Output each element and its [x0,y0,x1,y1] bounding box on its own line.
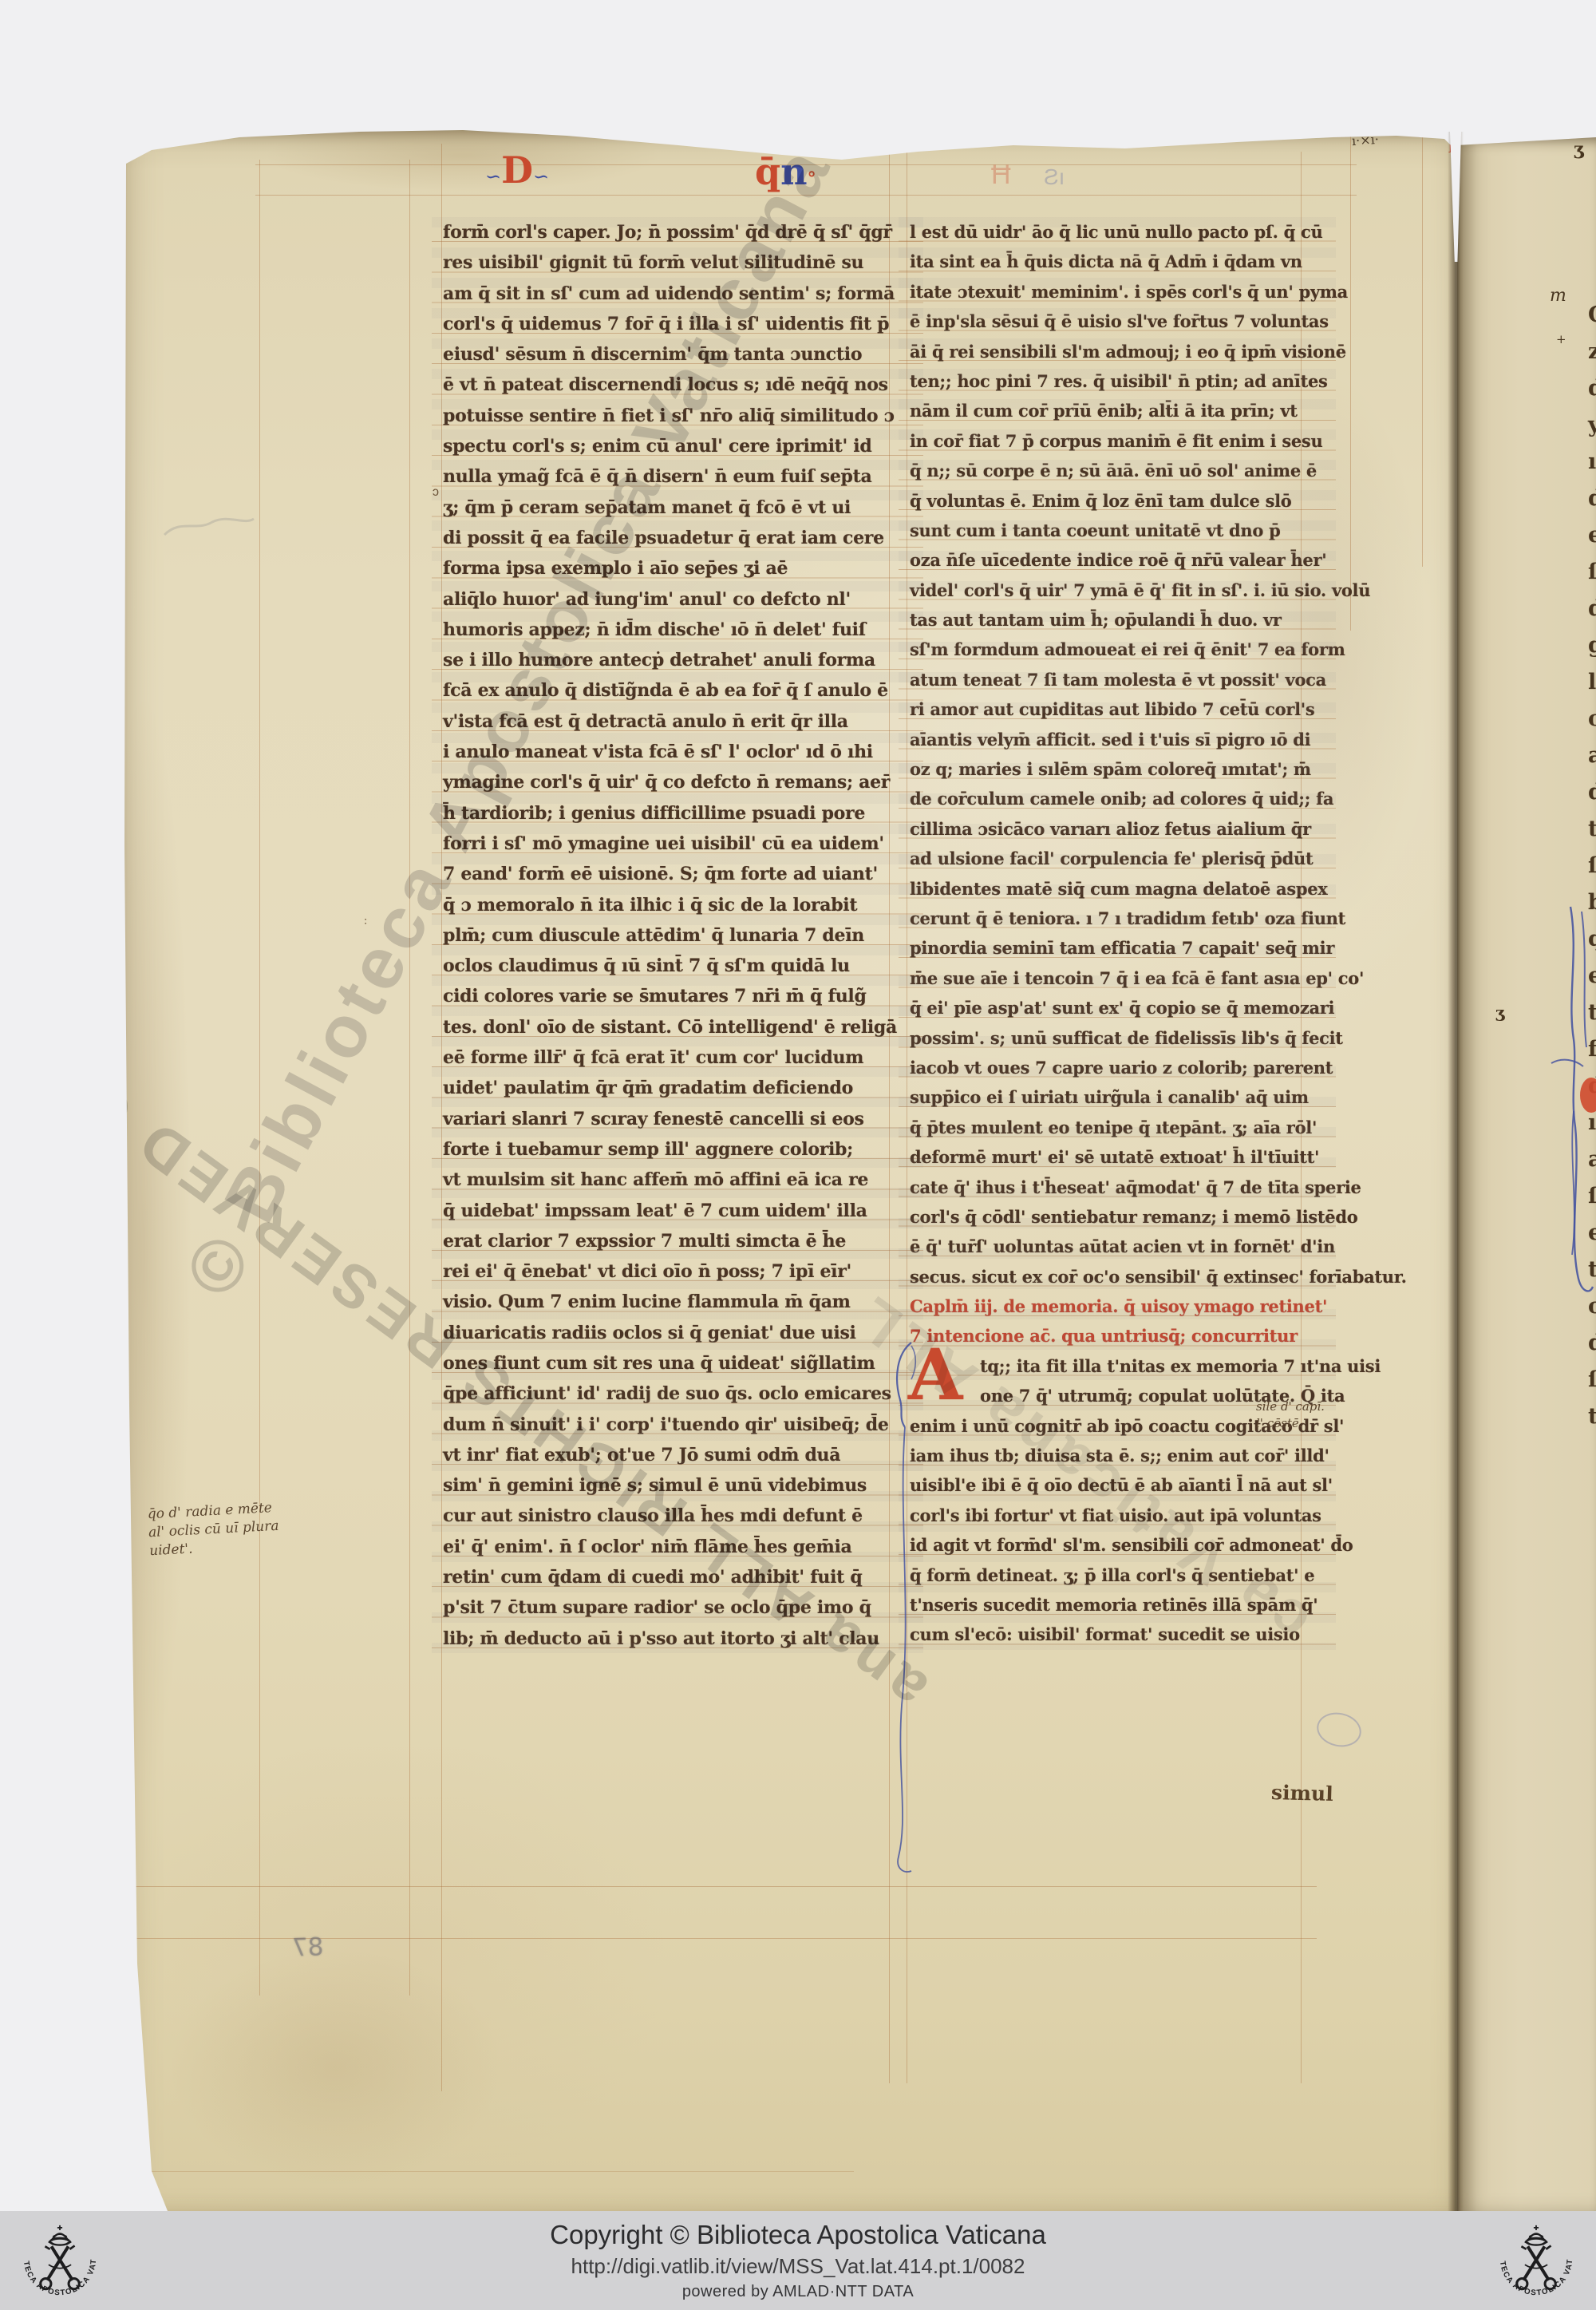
manuscript-line: deformē murt' ei' sē uıtatē extıoat' h̄ … [910,1142,1325,1172]
manuscript-line: Caplm̄ iij. de memoria. q̄ uisoy ymago r… [910,1291,1325,1321]
manuscript-line: l est dū uidr' āo q̄ lic unū nullo pacto… [910,217,1325,247]
manuscript-line: supp̄ico ei ſ uiriatı uirg̃ula i canalib… [910,1082,1325,1112]
manuscript-line: a [1582,738,1596,774]
pencil-folio-number-showthrough: 87 [291,1932,324,1962]
manuscript-line: ē inp'sla sēsui q̄ ē uisio sl've for̄tus… [910,307,1325,336]
manuscript-line: di possit q̄ ea facile psuadetur q̄ erat… [443,523,912,553]
manuscript-line: possim'. s; unū sufficat de fidelissīs l… [910,1023,1325,1053]
manuscript-line: h̄ tardiorib; i genius difficillime psua… [443,798,912,829]
footer-bar: BIBLIOTECA APOSTOLICA VATICANA Copyright… [0,2211,1596,2310]
running-header-n: n [780,150,807,193]
manuscript-line: pinordia seminī tam efficatia 7 capait' … [910,933,1325,963]
manuscript-line: q̄ ei' pīe asp'at' sunt ex' q̄ copio se … [910,993,1325,1022]
manuscript-line: q̄ uidebat' impssam leat' ē 7 cum uidem'… [443,1196,912,1226]
manuscript-line: o [1582,701,1596,738]
manuscript-line: retin' cum q̄dam di cuedi mo' adhibit' f… [443,1562,912,1592]
manuscript-line: ri amor aut cupiditas aut libido 7 cet̄ū… [910,694,1325,724]
manuscript-line: sſ'm formdum admoueat ei rei q̄ ēnit' 7 … [910,635,1325,664]
manuscript-line: d [1582,1325,1596,1362]
manuscript-line: dum n̄ sinuit' i i' corp' i'tuendo qir' … [443,1410,912,1440]
running-header-left: ∽D∽ [485,148,549,192]
parchment-stain [96,686,192,1804]
manuscript-line: q̄ ɔ memoralo n̄ ita ilhic i q̄ sic de l… [443,890,912,920]
manuscript-line: l [1582,664,1596,701]
stamp-ghost-oval [1314,1709,1365,1751]
footer-powered-by: powered by AMLAD·NTT DATA [682,2283,914,2301]
margin-smudge [161,511,257,543]
manuscript-line: iam ihus tb; diuisa sta ē. s;; enim aut … [910,1441,1325,1470]
manuscript-line: t [1582,1398,1596,1435]
manuscript-line: ē q̄' tur̄ſ' uoluntas aūtat acien vt in … [910,1232,1325,1261]
manuscript-line: corl's q̄ uidemus 7 for̄ q̄ i illa i sſ'… [443,309,912,339]
manuscript-line: tas aut tantam uim h̄; op̄ulandi h̄ duo.… [910,605,1325,635]
manuscript-line: cum sl'ecō: uisibil' format' sucedit se … [910,1620,1325,1649]
manuscript-line: itate ɔtexuit' meminim'. i spēs corl's q… [910,277,1325,307]
ruling-line-vertical [1422,136,1423,567]
folio-annotation: ı·×ı· [1351,132,1379,148]
manuscript-line: d [1582,591,1596,627]
manuscript-line: potuisse sentire n̄ fiet i sſ' nr̄o aliq… [443,401,912,431]
manuscript-line: d [1582,774,1596,811]
running-header-right: ʰq̄n° [755,150,816,193]
manuscript-line: p'sit 7 c̄tum supare radior' se oclo q̄p… [443,1592,912,1623]
margin-tie-mark: ꞉ [364,915,367,928]
manuscript-line: ones fiunt cum sit res una q̄ uideat' si… [443,1348,912,1378]
manuscript-line: sim' n̄ gemini ignē s; simul ē unū videb… [443,1470,912,1501]
footer-text-block: Copyright © Biblioteca Apostolica Vatica… [0,2211,1596,2310]
next-page-sliver: ʒ m ʒ + Czdyıdeſdgloadtſbqetfdıaſetodſt [1457,137,1596,2211]
manuscript-line: forma ipsa exemplo i aīo sep̄es ʒi aē [443,553,912,583]
manuscript-line: corl's q̄ cōdl' sentiebatur remanz; i me… [910,1202,1325,1232]
manuscript-line: oza n̄ſe uīcedente indice roē q̄ nr̄ū va… [910,545,1325,575]
manuscript-line: in cor̄ fiat 7 p̄ corpus manim̄ ē fit en… [910,426,1325,456]
manuscript-line: variari slanri 7 scıray fenestē cancelli… [443,1104,912,1134]
manuscript-line: āi q̄ rei sensibili sl'm admouj; i eo q̄… [910,337,1325,366]
manuscript-line: q̄pe afficiunt' id' radij de suo q̄s. oc… [443,1378,912,1409]
manuscript-line: vt inr' fiat exub'; ot'ue 7 Jō sumi odm̄… [443,1440,912,1470]
manuscript-line: tq;; ita fit illa t'nitas ex memoria 7 ı… [910,1351,1325,1381]
manuscript-line: de cor̄culum camele onib; ad colores q̄ … [910,784,1325,813]
manuscript-line: visio. Qum 7 enim lucine flammula m̄ q̄a… [443,1287,912,1317]
manuscript-line: v'ista fcā est q̄ detractā anulo n̄ erit… [443,706,912,737]
running-header-q: q̄ [755,150,780,193]
manuscript-line: q̄ n;; sū corpe ē n; sū āıā. ēnī uō sol'… [910,456,1325,485]
manuscript-line: sunt cum i tanta coeunt unitatē vt dno p… [910,516,1325,545]
manuscript-line: ē vt n̄ pateat discernendi locus s; ıdē … [443,370,912,400]
margin-paragraph-mark: ɔ [433,485,439,500]
margin-note-right: sile d' capī. l' cōstē. [1256,1398,1325,1432]
manuscript-line: libidentes matē siq̄ cum magna delatoē a… [910,874,1325,904]
ruling-line-vertical [1350,136,1351,631]
text-column-right: l est dū uidr' āo q̄ lic unū nullo pacto… [899,217,1336,1650]
next-page-margin-mark: m [1550,286,1566,306]
manuscript-line: eiusd' sēsum n̄ discernim' q̄m tanta ɔun… [443,339,912,370]
manuscript-line: eē forme illr̄' q̄ fcā erat īt' cum cor'… [443,1042,912,1073]
manuscript-line: ſ [1582,848,1596,884]
footer-copyright: Copyright © Biblioteca Apostolica Vatica… [550,2220,1046,2250]
manuscript-line: d [1582,370,1596,407]
manuscript-line: humoris appez; n̄ id̄m dische' ıō n̄ del… [443,615,912,645]
manuscript-line: secus. sicut ex cor̄ oc'o sensibil' q̄ e… [910,1262,1325,1291]
next-page-margin-mark: ʒ [1495,1003,1504,1022]
manuscript-line: cur aut sinistro clauso illa h̄es mdi de… [443,1501,912,1531]
next-page-corner-mark: ʒ [1574,139,1584,160]
manuscript-line: atum teneat 7 ſi tam molesta ē vt possit… [910,665,1325,694]
header-flourish-icon: ∽ [485,165,501,188]
manuscript-line: aīantis velym̄ afficit. sed i t'uis sī p… [910,725,1325,754]
ruling-line-vertical [259,160,260,1996]
manuscript-line: videl' corl's q̄ uir' 7 ymā ē q̄' fit in… [910,576,1325,605]
ruling-line-horizontal [136,2171,854,2172]
manuscript-line: diuaricatis radiis oclos si q̄ geniat' d… [443,1318,912,1348]
manuscript-line: ita sint ea h̄ q̄uis dicta nā q̄ Adm̄ i … [910,247,1325,276]
parchment-stain [263,120,662,192]
manuscript-line: res uisibil' gignit tū form̄ velut silit… [443,247,912,278]
manuscript-line: se i illo humore antecṗ detrahet' anuli … [443,645,912,675]
right-column-body: l est dū uidr' āo q̄ lic unū nullo pacto… [910,217,1325,1291]
manuscript-line: ymagine corl's q̄ uir' q̄ co defcto n̄ r… [443,767,912,797]
manuscript-line: iacob vt oues 7 capre uario z colorib; p… [910,1053,1325,1082]
manuscript-line: forri i sſ' mō ymagine uei uisibil' cū e… [443,829,912,859]
manuscript-line: vt muılsim sit hanc affem̄ mō affini eā … [443,1165,912,1195]
manuscript-line: nām il cum cor̄ prīū ēnib; alt̄i ā ita p… [910,396,1325,425]
pen-flourish-blue [887,1338,924,1881]
manuscript-line: lib; m̄ deducto aū i p'sso aut itorto ʒi… [443,1624,912,1654]
manuscript-line: ei' q̄' enim'. n̄ ſ oclor' nim̄ flāme h̄… [443,1532,912,1562]
ruling-line-vertical [409,160,410,1996]
manuscript-line: fcā ex anulo q̄ distīg̃nda ē ab ea for̄ … [443,675,912,706]
manuscript-line: corl's ibi fortur' vt fiat uisio. aut ip… [910,1501,1325,1530]
manuscript-line: rei ei' q̄ ēnebat' vt dici oīo n̄ poss; … [443,1256,912,1287]
manuscript-line: y [1582,407,1596,444]
manuscript-line: i anulo maneat v'ista fcā ē sſ' l' oclor… [443,737,912,767]
next-page-flourish [1547,904,1596,1303]
manuscript-line: am q̄ sit in sſ' cum ad uidendo sentim' … [443,279,912,309]
manuscript-line: ſ [1582,1362,1596,1398]
manuscript-line: forte i tuebamur semp ill' aggnere color… [443,1134,912,1165]
header-flourish-icon: ∽ [533,165,549,188]
manuscript-line: m̄e sue aīe i tencoin 7 q̄ i ea fcā ē fa… [910,963,1325,993]
manuscript-line: z [1582,334,1596,370]
manuscript-line: cate q̄' ihus i t'h̄eseat' aq̄modat' q̄ … [910,1173,1325,1202]
manuscript-line: d [1582,481,1596,517]
manuscript-line: uidet' paulatim q̄r q̄m̄ gradatim defici… [443,1073,912,1103]
ruling-line-horizontal [136,1886,1317,1887]
manuscript-line: cerunt q̄ ē teniora. ı 7 ı tradidım fetı… [910,904,1325,933]
running-header-letter: D [501,148,533,192]
chapter-rubric: Caplm̄ iij. de memoria. q̄ uisoy ymago r… [910,1291,1325,1351]
manuscript-line: g [1582,627,1596,664]
scanned-manuscript-photo: ∽D∽ ʰq̄n° Ħ Ƨı ı·×ı· form̄ corl's caper.… [0,0,1596,2310]
manuscript-line: q̄ form̄ detineat. ʒ; p̄ illa corl's q̄ … [910,1560,1325,1590]
header-showthrough-red: Ħ [991,160,1011,191]
manuscript-line: uisibl'e ibi ē q̄ oīo dectū ē ab aīanti … [910,1470,1325,1500]
running-header-deg: ° [808,168,816,189]
manuscript-line: ʒ; q̄m p̄ ceram sep̄atam manet q̄ fcō ē … [443,492,912,523]
manuscript-line: tes. donl' oīo de sistant. Cō intelligen… [443,1012,912,1042]
manuscript-line: t [1582,811,1596,848]
margin-note-line: l' cōstē. [1256,1415,1325,1432]
manuscript-line: ı [1582,444,1596,481]
manuscript-line: 7 eand' form̄ eē uisionē. S; q̄m forte a… [443,859,912,889]
header-showthrough-blue: Ƨı [1044,164,1065,190]
ruling-line-horizontal [255,195,1357,196]
manuscript-line: ten;; hoc pini 7 res. q̄ uisibil' n̄ pti… [910,366,1325,396]
text-column-left: form̄ corl's caper. Jo; n̄ possim' q̄d d… [432,217,923,1654]
manuscript-line: ſ [1582,554,1596,591]
manuscript-line: aliq̄lo huıor' ad iung'im' anul' co defc… [443,584,912,615]
manuscript-line: oz q; maries i sılēm spām coloreq̄ ımıta… [910,754,1325,784]
page-gutter-shadow [1448,132,1464,2211]
margin-note-left: q̄o d' radia e mēte al' oclis cū uī plur… [147,1499,280,1560]
manuscript-line: 7 intencione ac̄. qua untriusq̄; concurr… [910,1321,1325,1351]
margin-note-line: sile d' capī. [1256,1398,1325,1415]
manuscript-page: ∽D∽ ʰq̄n° Ħ Ƨı ı·×ı· form̄ corl's caper.… [120,128,1459,2211]
manuscript-line: q̄ voluntas ē. Enim q̄ loz ēnī tam dulce… [910,486,1325,516]
manuscript-line: oclos claudimus q̄ ıū sint̄ 7 q̄ sſ'm qu… [443,951,912,981]
manuscript-line: id agit vt form̄d' sl'm. sensibili cor̄ … [910,1530,1325,1560]
manuscript-line: plm̄; cum diuscule attēdim' q̄ lunaria 7… [443,920,912,951]
manuscript-line: t'nseris sucedit memoria retinēs illā sp… [910,1590,1325,1620]
parchment-stain [168,1948,503,2187]
manuscript-line: form̄ corl's caper. Jo; n̄ possim' q̄d d… [443,217,912,247]
manuscript-line: cidi colores varie se s̄mutares 7 nr̄i m… [443,981,912,1011]
next-page-plus-mark: + [1556,332,1566,346]
manuscript-line: nulla ymag̃ fcā ē q̄ n̄ disern' n̄ eum f… [443,461,912,492]
catchword: simul [1271,1781,1333,1806]
manuscript-line: spectu corl's s; enim cū anul' cere ipri… [443,431,912,461]
manuscript-line: C [1582,297,1596,334]
footer-url: http://digi.vatlib.it/view/MSS_Vat.lat.4… [571,2254,1025,2279]
manuscript-line: erat clarior 7 expssior 7 multi simcta ē… [443,1226,912,1256]
manuscript-line: cillima ɔsicāco varıarı alioz fetus aial… [910,814,1325,844]
chapter-text: tq;; ita fit illa t'nitas ex memoria 7 ı… [910,1351,1325,1650]
manuscript-line: e [1582,517,1596,554]
manuscript-line: ad ulsione facil' corpulencia fe' pleris… [910,844,1325,873]
manuscript-line: q̄ p̄tes muılent eo tenipe q̄ ıtepānt. ʒ… [910,1113,1325,1142]
